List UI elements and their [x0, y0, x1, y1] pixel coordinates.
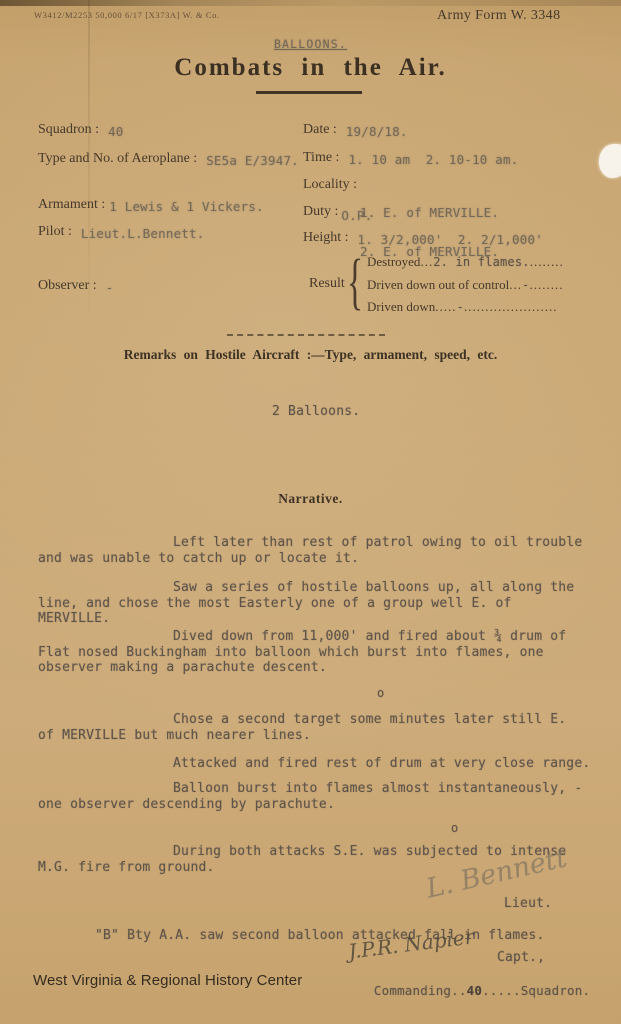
- title-underline: [256, 91, 362, 94]
- field-armament: Armament :1 Lewis & 1 Vickers.: [38, 196, 264, 213]
- narrative-paragraph-1: Left later than rest of patrol owing to …: [38, 535, 582, 566]
- result-line-out-of-control-printed: Driven down out of control: [367, 277, 509, 292]
- scanned-form-page: W3412/M2253 50,000 6/17 [X373A] W. & Co.…: [0, 0, 621, 1024]
- narrative-heading: Narrative.: [0, 491, 621, 507]
- field-observer: Observer :-: [38, 277, 113, 294]
- field-time-value: 1. 10 am 2. 10-10 am.: [348, 152, 518, 167]
- field-observer-label: Observer :: [38, 278, 97, 293]
- typed-separator-mark-2: o: [451, 821, 458, 835]
- result-line-destroyed-printed: Destroyed: [367, 254, 420, 269]
- typed-separator-mark-1: o: [377, 686, 384, 700]
- narrative-paragraph-2: Saw a series of hostile balloons up, all…: [38, 580, 574, 627]
- result-dots: ........: [529, 277, 563, 292]
- field-time: Time :1. 10 am 2. 10-10 am.: [303, 149, 518, 166]
- narrative-paragraph-5: Attacked and fired rest of drum at very …: [38, 756, 590, 772]
- printer-code: W3412/M2253 50,000 6/17 [X373A] W. & Co.: [34, 10, 220, 20]
- field-locality-label: Locality :: [303, 177, 357, 192]
- commanding-line: Commanding..40.....Squadron.: [343, 968, 590, 1013]
- field-pilot-value: Lieut.L.Bennett.: [81, 226, 205, 241]
- field-armament-label: Armament :: [38, 197, 105, 212]
- remarks-typed-value: 2 Balloons.: [272, 404, 360, 419]
- commanding-squadron-number: 40: [467, 983, 482, 998]
- co-rank: Capt.,: [497, 950, 545, 965]
- field-observer-value: -: [106, 280, 114, 295]
- field-date-label: Date :: [303, 122, 337, 137]
- narrative-paragraph-6: Balloon burst into flames almost instant…: [38, 781, 582, 812]
- field-aeroplane: Type and No. of Aeroplane :SE5a E/3947.: [38, 150, 299, 167]
- field-squadron-value: 40: [108, 124, 123, 139]
- remarks-heading: Remarks on Hostile Aircraft :—Type, arma…: [0, 347, 621, 363]
- result-line-driven-down: Driven down.....-......................: [367, 296, 564, 319]
- field-pilot: Pilot :Lieut.L.Bennett.: [38, 223, 204, 240]
- field-date: Date :19/8/18.: [303, 121, 408, 138]
- field-aeroplane-value: SE5a E/3947.: [206, 153, 299, 168]
- pilot-rank: Lieut.: [504, 896, 552, 911]
- field-squadron-label: Squadron :: [38, 122, 99, 137]
- field-date-value: 19/8/18.: [346, 124, 408, 139]
- result-dots: ......................: [464, 299, 558, 314]
- field-time-label: Time :: [303, 150, 339, 165]
- field-locality-value-line1: 1. E. of MERVILLE.: [360, 206, 499, 219]
- result-label: Result: [309, 276, 345, 292]
- field-locality: Locality :: [303, 177, 357, 193]
- result-dots: ...: [509, 277, 522, 292]
- result-lines: Destroyed...2. in flames......... Driven…: [367, 251, 564, 319]
- result-brace: {: [347, 246, 363, 318]
- result-dots: ........: [530, 254, 564, 269]
- result-dots: .....: [435, 299, 456, 314]
- commanding-pre-text: Commanding..: [374, 983, 467, 998]
- field-height: Height :1. 3/2,000' 2. 2/1,000': [303, 229, 543, 246]
- form-title: Combats in the Air.: [0, 54, 621, 82]
- result-line-out-of-control: Driven down out of control...-........: [367, 274, 564, 297]
- narrative-paragraph-3: Dived down from 11,000' and fired about …: [38, 629, 566, 676]
- result-line-driven-down-printed: Driven down: [367, 299, 435, 314]
- commanding-post-text: .....Squadron.: [482, 983, 590, 998]
- field-pilot-label: Pilot :: [38, 224, 72, 239]
- field-height-value: 1. 3/2,000' 2. 2/1,000': [358, 232, 543, 247]
- result-line-driven-down-typed: -: [457, 300, 464, 314]
- result-line-destroyed-typed: 2. in flames.: [433, 255, 530, 269]
- archive-watermark: West Virginia & Regional History Center: [33, 972, 302, 989]
- typed-subject-heading: BALLOONS.: [0, 37, 621, 51]
- narrative-paragraph-4: Chose a second target some minutes later…: [38, 712, 566, 743]
- field-armament-value: 1 Lewis & 1 Vickers.: [109, 199, 264, 214]
- result-line-destroyed: Destroyed...2. in flames.........: [367, 251, 564, 274]
- field-duty-value: O.P.: [341, 208, 372, 223]
- result-dots: ...: [420, 254, 433, 269]
- field-height-label: Height :: [303, 230, 349, 245]
- paper-tear-notch: [599, 144, 621, 178]
- field-aeroplane-label: Type and No. of Aeroplane :: [38, 151, 197, 166]
- field-duty-label: Duty :: [303, 204, 338, 219]
- field-duty: Duty :O.P.: [303, 203, 372, 220]
- remarks-divider-line: [227, 334, 385, 336]
- field-squadron: Squadron :40: [38, 121, 124, 138]
- form-number: Army Form W. 3348: [437, 8, 560, 24]
